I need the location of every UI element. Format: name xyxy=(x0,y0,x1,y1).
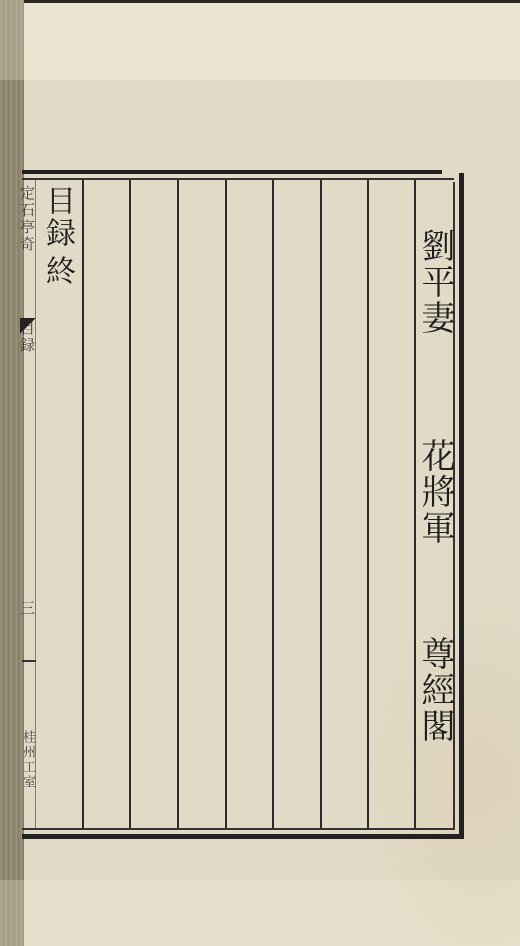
column-rule xyxy=(82,180,84,828)
toc-end-colophon: 目録終 xyxy=(40,185,74,287)
toc-entry: 花將軍 xyxy=(415,438,455,546)
toc-entry: 尊經閣 xyxy=(415,636,455,744)
banxin-book-title: 定石亭奇 xyxy=(18,185,36,253)
book-page: 劉平妻 花將軍 尊經閣 目録終 定石亭奇 目録 三 桂州工室 xyxy=(0,0,520,946)
colophon-label: 目録 xyxy=(40,185,75,249)
column-rule xyxy=(367,180,369,828)
frame-right-border xyxy=(459,173,464,839)
frame-top-border xyxy=(22,170,442,174)
column-rule xyxy=(177,180,179,828)
frame-bottom-inner-border xyxy=(22,828,454,830)
column-rule xyxy=(272,180,274,828)
banxin-tick-mark xyxy=(22,660,36,662)
frame-top-inner-border xyxy=(22,178,454,180)
column-rule xyxy=(225,180,227,828)
column-rule xyxy=(320,180,322,828)
bleed-through-text xyxy=(190,420,230,476)
frame-bottom-border xyxy=(22,834,462,839)
banxin-publisher: 桂州工室 xyxy=(18,730,36,790)
banxin-section-label: 目録 xyxy=(18,320,36,354)
colophon-end-mark: 終 xyxy=(40,255,74,287)
banxin-page-number: 三 xyxy=(18,600,36,617)
toc-entry: 劉平妻 xyxy=(415,228,455,336)
column-rule xyxy=(129,180,131,828)
page-top-edge xyxy=(0,0,520,3)
